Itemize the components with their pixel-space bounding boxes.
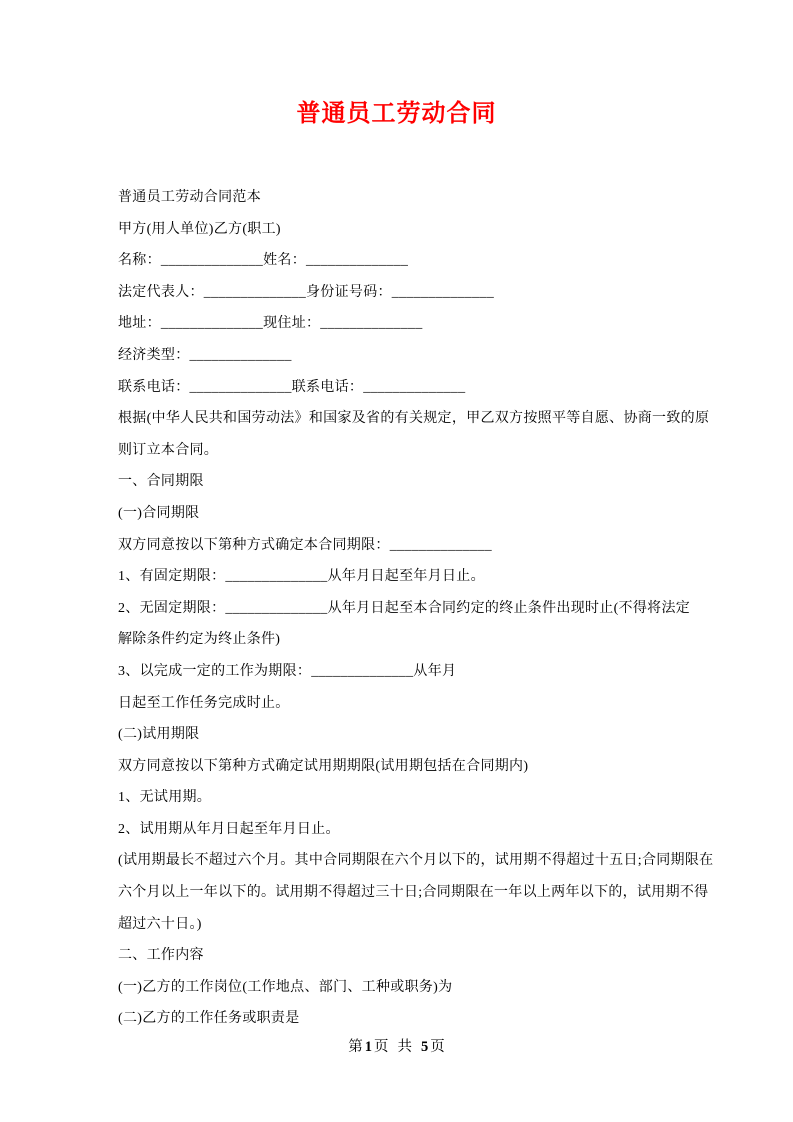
body-line-phone-fields: 联系电话：______________联系电话：______________ (118, 372, 684, 404)
body-line-task-term-2: 日起至工作任务完成时止。 (118, 688, 684, 720)
footer-current-page-number: 1 (363, 1039, 374, 1055)
body-line-legal-rep-id: 法定代表人：______________身份证号码：______________ (118, 277, 684, 309)
body-line-economic-type: 经济类型：______________ (118, 340, 684, 372)
body-line-preamble-2: 则订立本合同。 (118, 435, 684, 467)
body-line-probation-note-2: 六个月以上一年以下的。试用期不得超过三十日;合同期限在一年以上两年以下的，试用期… (118, 877, 684, 909)
body-line-name-fields: 名称：______________姓名：______________ (118, 245, 684, 277)
document-page: 普通员工劳动合同 普通员工劳动合同范本 甲方(用人单位)乙方(职工) 名称：__… (0, 0, 793, 1122)
body-line-open-term-1: 2、无固定期限：______________从年月日起至本合同约定的终止条件出现… (118, 593, 684, 625)
body-line-probation-note-1: (试用期最长不超过六个月。其中合同期限在六个月以下的，试用期不得超过十五日;合同… (118, 845, 684, 877)
body-line-section-1-1-heading: (一)合同期限 (118, 498, 684, 530)
body-line-section-1-heading: 一、合同期限 (118, 466, 684, 498)
body-line-work-duty: (二)乙方的工作任务或职责是 (118, 1003, 684, 1035)
document-body: 普通员工劳动合同范本 甲方(用人单位)乙方(职工) 名称：___________… (118, 182, 684, 1035)
body-line-parties: 甲方(用人单位)乙方(职工) (118, 214, 684, 246)
body-line-work-position: (一)乙方的工作岗位(工作地点、部门、工种或职务)为 (118, 972, 684, 1004)
body-line-probation-method: 双方同意按以下第种方式确定试用期期限(试用期包括在合同期内) (118, 751, 684, 783)
body-line-no-probation: 1、无试用期。 (118, 782, 684, 814)
footer-label-total: 共 (398, 1039, 413, 1055)
document-title: 普通员工劳动合同 (0, 96, 793, 132)
body-line-fixed-term: 1、有固定期限：______________从年月日起至年月日止。 (118, 561, 684, 593)
body-line-template-intro: 普通员工劳动合同范本 (118, 182, 684, 214)
body-line-open-term-2: 解除条件约定为终止条件) (118, 624, 684, 656)
body-line-address-fields: 地址：______________现住址：______________ (118, 308, 684, 340)
body-line-term-method: 双方同意按以下第种方式确定本合同期限：______________ (118, 530, 684, 562)
page-footer: 第1页共5页 (0, 1036, 793, 1058)
body-line-probation-heading: (二)试用期限 (118, 719, 684, 751)
body-line-probation-dates: 2、试用期从年月日起至年月日止。 (118, 814, 684, 846)
body-line-task-term-1: 3、以完成一定的工作为期限：______________从年月 (118, 656, 684, 688)
body-line-preamble-1: 根据(中华人民共和国劳动法》和国家及省的有关规定，甲乙双方按照平等自愿、协商一致… (118, 403, 684, 435)
footer-unit-total-page: 页 (430, 1039, 445, 1055)
footer-unit-page: 页 (374, 1039, 389, 1055)
footer-label-prefix: 第 (348, 1039, 363, 1055)
footer-total-pages-number: 5 (419, 1039, 430, 1055)
body-line-section-2-heading: 二、工作内容 (118, 940, 684, 972)
body-line-probation-note-3: 超过六十日。) (118, 909, 684, 941)
